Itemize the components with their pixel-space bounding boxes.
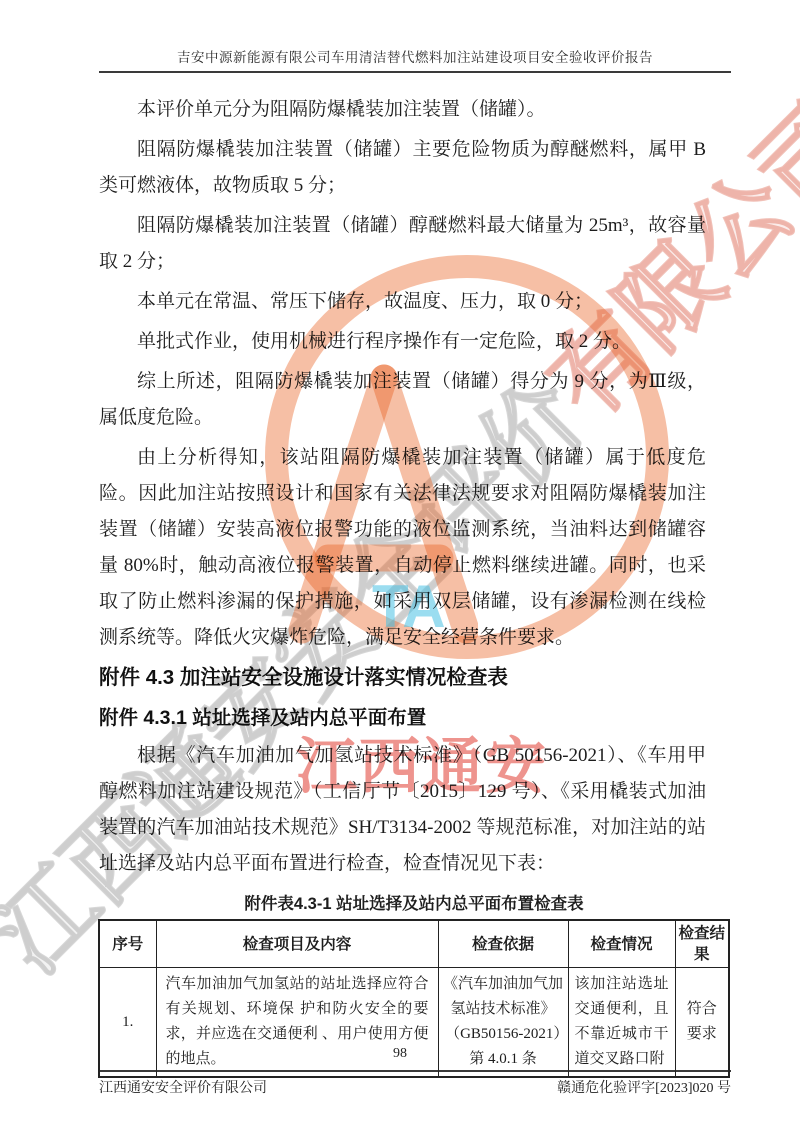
table-caption: 附件表4.3-1 站址选择及站内总平面布置检查表 <box>99 890 729 914</box>
table-cell-basis: 《汽车加油加气加氢站技术标准》（GB50156-2021）第 4.0.1 条 <box>438 968 568 1078</box>
paragraph: 由上分析得知，该站阻隔防爆橇装加注装置（储罐）属于低度危险。因此加注站按照设计和… <box>99 440 706 656</box>
paragraph: 本评价单元分为阻隔防爆橇装加注装置（储罐）。 <box>99 92 706 128</box>
table-cell-no: 1. <box>99 968 156 1078</box>
table-cell-result: 符合要求 <box>675 968 729 1078</box>
document-page: 吉安中源新能源有限公司车用清洁替代燃料加注站建设项目安全验收评价报告 本评价单元… <box>0 0 800 1131</box>
table-cell-item: 汽车加油加气加氢站的站址选择应符合有关规划、环境保 护和防火安全的要求，并应选在… <box>156 968 438 1078</box>
table-row: 1. 汽车加油加气加氢站的站址选择应符合有关规划、环境保 护和防火安全的要求，并… <box>99 968 729 1078</box>
section-heading-4-3: 附件 4.3 加注站安全设施设计落实情况检查表 <box>99 660 706 696</box>
section-heading-4-3-1: 附件 4.3.1 站址选择及站内总平面布置 <box>99 700 706 736</box>
column-header-situation: 检查情况 <box>568 920 675 968</box>
report-title: 吉安中源新能源有限公司车用清洁替代燃料加注站建设项目安全验收评价报告 <box>99 46 731 66</box>
page-header: 吉安中源新能源有限公司车用清洁替代燃料加注站建设项目安全验收评价报告 <box>99 46 731 73</box>
footer-company: 江西通安安全评价有限公司 <box>99 1077 267 1097</box>
document-body: 本评价单元分为阻隔防爆橇装加注装置（储罐）。 阻隔防爆橇装加注装置（储罐）主要危… <box>99 92 706 1078</box>
paragraph: 单批式作业，使用机械进行程序操作有一定危险，取 2 分。 <box>99 324 706 360</box>
paragraph: 综上所述，阻隔防爆橇装加注装置（储罐）得分为 9 分，为Ⅲ级，属低度危险。 <box>99 364 706 436</box>
footer-doc-number: 赣通危化验评字[2023]020 号 <box>557 1077 731 1097</box>
paragraph: 阻隔防爆橇装加注装置（储罐）醇醚燃料最大储量为 25m³，故容量取 2 分； <box>99 208 706 280</box>
paragraph: 阻隔防爆橇装加注装置（储罐）主要危险物质为醇醚燃料，属甲 B 类可燃液体，故物质… <box>99 132 706 204</box>
column-header-result: 检查结果 <box>675 920 729 968</box>
table-cell-situation: 该加注站选址交通便利，且不靠近城市干道交叉路口附 <box>568 968 675 1078</box>
paragraph: 本单元在常温、常压下储存，故温度、压力，取 0 分； <box>99 284 706 320</box>
inspection-table: 序号 检查项目及内容 检查依据 检查情况 检查结果 1. 汽车加油加气加氢站的站… <box>98 919 730 1078</box>
column-header-item: 检查项目及内容 <box>156 920 438 968</box>
paragraph: 根据《汽车加油加气加氢站技术标准》（GB 50156-2021）、《车用甲醇燃料… <box>99 738 706 882</box>
column-header-no: 序号 <box>99 920 156 968</box>
table-header-row: 序号 检查项目及内容 检查依据 检查情况 检查结果 <box>99 920 729 968</box>
column-header-basis: 检查依据 <box>438 920 568 968</box>
